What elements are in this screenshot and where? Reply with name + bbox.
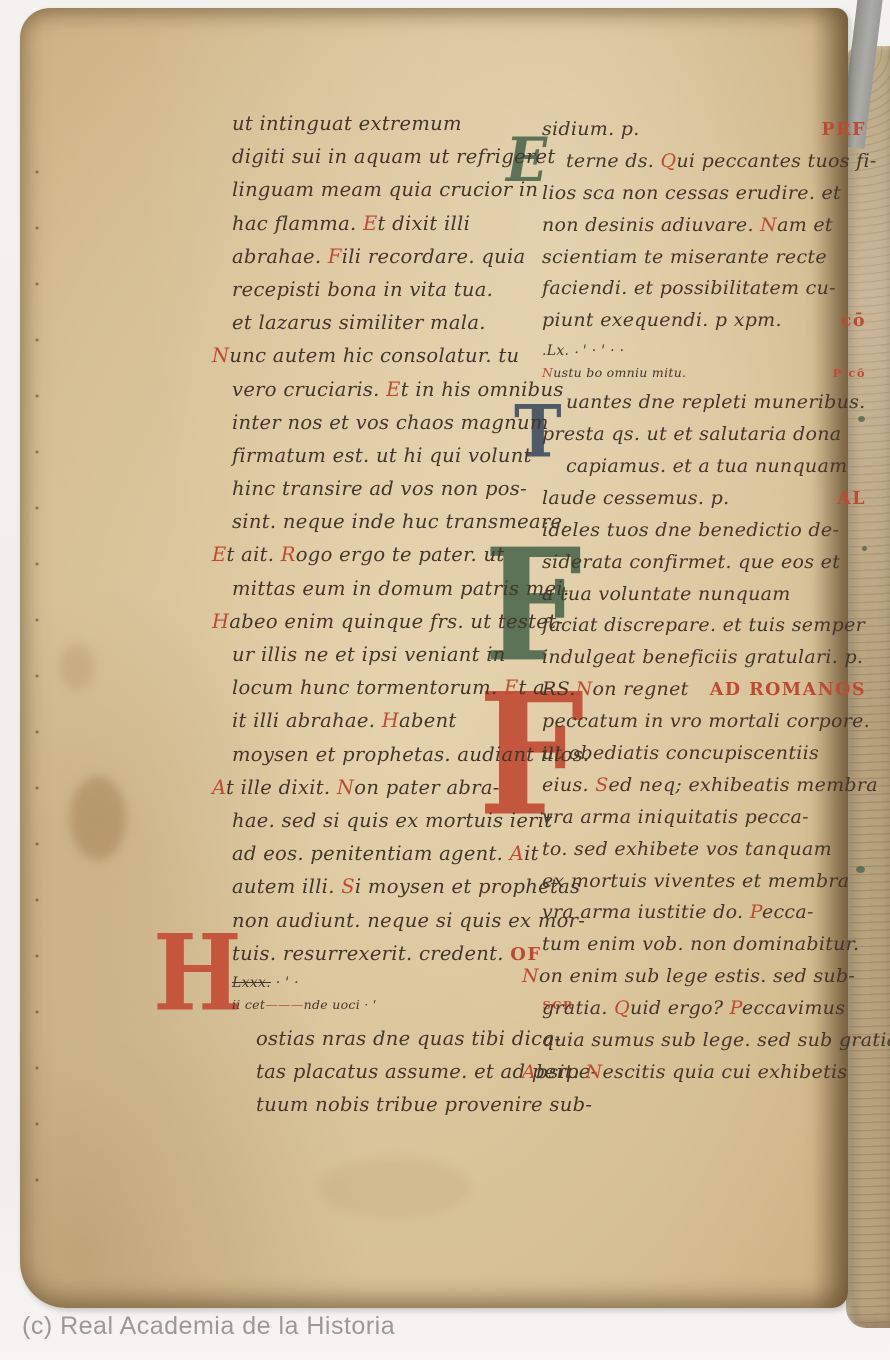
- text-line: abrahae. Fili recordare. quia: [232, 245, 574, 278]
- body-text: moysen et prophetas. audiant illos.: [232, 743, 589, 766]
- text-line: vra arma iustitie do. Pecca-: [542, 901, 866, 933]
- body-text: ex mortuis viventes et membra: [542, 870, 849, 892]
- text-line: moysen et prophetas. audiant illos.: [232, 743, 574, 776]
- rubric-text: A: [212, 776, 226, 799]
- text-line: faciat discrepare. et tuis semper: [542, 614, 866, 646]
- text-line: presta qs. ut et salutaria dona: [542, 423, 866, 455]
- rubric-text: A: [503, 842, 524, 865]
- body-text: lios sca non cessas erudire. et: [542, 182, 841, 204]
- body-text: tuis. resurrexerit. credent.: [232, 942, 510, 965]
- text-line: sidium. p.PRF: [542, 118, 866, 150]
- text-line: ii cet ——— nde uoci · ꞌSCR: [232, 997, 574, 1027]
- body-text: unc autem hic consolatur. tu: [229, 344, 519, 367]
- body-text: linguam meam quia crucior in: [232, 178, 538, 201]
- rubric-text: AD ROMANOS: [710, 680, 866, 700]
- text-line: lios sca non cessas erudire. et: [542, 182, 866, 214]
- body-text: on pater abra-: [354, 776, 499, 799]
- body-text: ii cet: [232, 997, 265, 1012]
- text-line: terne ds. Qui peccantes tuos fi-: [542, 150, 866, 182]
- rubric-text: E: [212, 543, 227, 566]
- body-text: laude cessemus. p.: [542, 487, 729, 509]
- rubric-text: AL: [837, 489, 866, 509]
- pricking-holes: [34, 168, 42, 1228]
- text-line: gratia. Quid ergo? Peccavimus: [542, 997, 866, 1029]
- rubric-text: N: [542, 365, 553, 380]
- rubric-text: Q: [654, 150, 676, 172]
- body-text: ideles tuos dne benedictio de-: [542, 519, 839, 541]
- body-text: sint. neque inde huc transmeare.: [232, 510, 569, 533]
- body-text: nde uoci · ꞌ: [304, 997, 377, 1012]
- body-text: a tua voluntate nunquam: [542, 583, 791, 605]
- body-text: uantes dne repleti muneribus.: [566, 391, 866, 413]
- rubric-text: S: [589, 774, 609, 796]
- text-line: capiamus. et a tua nunquam: [542, 455, 866, 487]
- text-line: ut obediatis concupiscentiis: [542, 742, 866, 774]
- text-line: ex mortuis viventes et membra: [542, 870, 866, 902]
- body-text: Lxxx.: [232, 975, 271, 991]
- body-text: et lazarus similiter mala.: [232, 311, 486, 334]
- body-text: to. sed exhibete vos tanquam: [542, 838, 832, 860]
- rubric-text: E: [357, 212, 378, 235]
- body-text: ostias nras dne quas tibi dica-: [256, 1027, 561, 1050]
- rubric-text: H: [375, 709, 399, 732]
- rubric-text: N: [754, 214, 777, 236]
- body-text: eccavimus: [742, 997, 845, 1019]
- rubric-text: A: [522, 1061, 536, 1083]
- body-text: it illi abrahae.: [232, 709, 375, 732]
- rubric-text: H: [212, 610, 229, 633]
- body-text: .Lx. ⸳ ꞌ · ꞌ · ·: [542, 343, 624, 359]
- body-text: ut obediatis concupiscentiis: [542, 742, 819, 764]
- body-text: ustu bo omniu mitu.: [553, 365, 686, 380]
- text-line: At ille dixit. Non pater abra-: [232, 776, 574, 809]
- text-line: tum enim vob. non dominabitur.: [542, 933, 866, 965]
- text-line: scientiam te miserante recte: [542, 246, 866, 278]
- text-line: to. sed exhibete vos tanquam: [542, 838, 866, 870]
- text-line: indulgeat beneficiis gratulari. p.: [542, 646, 866, 678]
- text-line: Et ait. Rogo ergo te pater. ut: [232, 543, 574, 576]
- body-text: vra arma iniquitatis pecca-: [542, 806, 809, 828]
- text-line: piunt exequendi. p xpm.cō: [542, 309, 866, 341]
- text-column-right: sidium. p.PRFterne ds. Qui peccantes tuo…: [542, 118, 866, 1093]
- body-text: autem illi.: [232, 875, 335, 898]
- text-line: ostias nras dne quas tibi dica-: [232, 1027, 574, 1060]
- body-text: t ille dixit.: [226, 776, 330, 799]
- body-text: siderata confirmet. que eos et: [542, 551, 840, 573]
- rubric-text: R: [274, 543, 295, 566]
- body-text: RS.: [542, 678, 576, 700]
- rubric-text: P cō: [833, 366, 866, 380]
- text-line: sint. neque inde huc transmeare.: [232, 510, 574, 543]
- text-line: digiti sui in aquam ut refrigeret: [232, 145, 574, 178]
- body-text: non desinis adiuvare.: [542, 214, 754, 236]
- text-line: et lazarus similiter mala.: [232, 311, 574, 344]
- body-text: faciendi. et possibilitatem cu-: [542, 277, 836, 299]
- body-text: hae. sed si quis ex mortuis ierit: [232, 809, 552, 832]
- text-line: recepisti bona in vita tua.: [232, 278, 574, 311]
- parchment-stain: [320, 1158, 470, 1218]
- rubric-text: F: [321, 245, 341, 268]
- text-line: laude cessemus. p.AL: [542, 487, 866, 519]
- body-text: · ꞌ ·: [271, 975, 299, 991]
- body-text: digiti sui in aquam ut refrigeret: [232, 145, 556, 168]
- body-text: faciat discrepare. et tuis semper: [542, 614, 865, 636]
- text-line: a tua voluntate nunquam: [542, 583, 866, 615]
- body-text: ili recordare. quia: [342, 245, 526, 268]
- text-line: mittas eum in domum patris mei.: [232, 577, 574, 610]
- text-line: non audiunt. neque si quis ex mor-: [232, 909, 574, 942]
- body-text: tum enim vob. non dominabitur.: [542, 933, 859, 955]
- text-line: N ustu bo omniu mitu.P cō: [542, 365, 866, 391]
- body-text: ut intinguat extremum: [232, 112, 462, 135]
- rubric-text: N: [330, 776, 354, 799]
- parchment-stain: [60, 644, 94, 690]
- body-text: indulgeat beneficiis gratulari. p.: [542, 646, 863, 668]
- rubric-text: S: [335, 875, 355, 898]
- rubric-text: N: [576, 678, 593, 700]
- rubric-text: P: [743, 901, 762, 923]
- body-text: vero cruciaris.: [232, 378, 380, 401]
- parchment-stain: [70, 776, 126, 860]
- text-line: .Lx. ⸳ ꞌ · ꞌ · ·: [542, 341, 866, 365]
- rubric-text: OF: [510, 944, 541, 965]
- text-line: firmatum est. ut hi qui volunt: [232, 444, 574, 477]
- parchment-page: E T F F H ut intinguat extremumdigiti su…: [20, 8, 848, 1308]
- body-text: ogo ergo te pater. ut: [296, 543, 505, 566]
- text-line: tuum nobis tribue provenire sub-: [232, 1093, 574, 1126]
- text-line: vero cruciaris. Et in his omnibus: [232, 378, 574, 411]
- rubric-text: PRF: [821, 120, 866, 140]
- body-text: t in his omnibus: [401, 378, 564, 401]
- body-text: am et: [777, 214, 833, 236]
- body-text: gratia.: [542, 997, 608, 1019]
- text-line: peccatum in vro mortali corpore.: [542, 710, 866, 742]
- text-line: ideles tuos dne benedictio de-: [542, 519, 866, 551]
- rubric-text: N: [212, 344, 229, 367]
- body-text: peccatum in vro mortali corpore.: [542, 710, 870, 732]
- body-text: it: [524, 842, 539, 865]
- body-text: hac flamma.: [232, 212, 357, 235]
- text-line: uantes dne repleti muneribus.: [542, 391, 866, 423]
- rubric-text: Q: [608, 997, 630, 1019]
- body-text: piunt exequendi. p xpm.: [542, 309, 782, 331]
- rubric-text: P: [723, 997, 742, 1019]
- body-text: mittas eum in domum patris mei.: [232, 577, 569, 600]
- text-line: faciendi. et possibilitatem cu-: [542, 277, 866, 309]
- text-line: non desinis adiuvare. Nam et: [542, 214, 866, 246]
- body-text: inter nos et vos chaos magnum: [232, 411, 549, 434]
- body-text: ad eos. penitentiam agent.: [232, 842, 503, 865]
- text-line: hae. sed si quis ex mortuis ierit: [232, 809, 574, 842]
- text-line: it illi abrahae. Habent: [232, 709, 574, 742]
- body-text: abent: [399, 709, 457, 732]
- body-text: firmatum est. ut hi qui volunt: [232, 444, 532, 467]
- text-line: RS. Non regnetAD ROMANOS: [542, 678, 866, 710]
- rubric-text: N: [522, 965, 539, 987]
- text-line: linguam meam quia crucior in: [232, 178, 574, 211]
- body-text: capiamus. et a tua nunquam: [566, 455, 847, 477]
- text-line: ut intinguat extremum: [232, 112, 574, 145]
- text-line: Nunc autem hic consolatur. tu: [232, 344, 574, 377]
- body-text: abrahae.: [232, 245, 321, 268]
- body-text: locum hunc tormentorum.: [232, 676, 497, 699]
- body-text: hinc transire ad vos non pos-: [232, 477, 527, 500]
- text-line: inter nos et vos chaos magnum: [232, 411, 574, 444]
- body-text: escitis quia cui exhibetis: [602, 1061, 847, 1083]
- text-line: Non enim sub lege estis. sed sub-: [542, 965, 866, 997]
- rubric-text: cō: [841, 311, 866, 331]
- body-text: vra arma iustitie do.: [542, 901, 743, 923]
- body-text: abeo enim quinque frs. ut testet-: [229, 610, 563, 633]
- body-text: quia sumus sub lege. sed sub gratia?: [542, 1029, 890, 1051]
- text-line: locum hunc tormentorum. Et a-: [232, 676, 574, 709]
- text-line: vra arma iniquitatis pecca-: [542, 806, 866, 838]
- body-text: bsit.: [536, 1061, 579, 1083]
- body-text: recepisti bona in vita tua.: [232, 278, 493, 301]
- body-text: sidium. p.: [542, 118, 640, 140]
- rubric-text: ———: [265, 997, 303, 1012]
- body-text: ur illis ne et ipsi veniant in: [232, 643, 506, 666]
- body-text: t dixit illi: [378, 212, 471, 235]
- body-text: tuum nobis tribue provenire sub-: [256, 1093, 592, 1116]
- drop-cap-secret-initial: H: [153, 932, 242, 1016]
- rubric-text: N: [579, 1061, 602, 1083]
- text-line: autem illi. Si moysen et prophetas: [232, 875, 574, 908]
- text-line: eius. Sed neq; exhibeatis membra: [542, 774, 866, 806]
- body-text: eius.: [542, 774, 589, 796]
- text-line: ad eos. penitentiam agent. Ait: [232, 842, 574, 875]
- body-text: on enim sub lege estis. sed sub-: [539, 965, 855, 987]
- text-line: hac flamma. Et dixit illi: [232, 212, 574, 245]
- body-text: scientiam te miserante recte: [542, 246, 827, 268]
- body-text: ecca-: [762, 901, 814, 923]
- body-text: non audiunt. neque si quis ex mor-: [232, 909, 585, 932]
- body-text: ed neq; exhibeatis membra: [609, 774, 878, 796]
- text-line: hinc transire ad vos non pos-: [232, 477, 574, 510]
- text-line: Absit. Nescitis quia cui exhibetis: [542, 1061, 866, 1093]
- copyright-watermark: (c) Real Academia de la Historia: [22, 1312, 395, 1341]
- text-line: ur illis ne et ipsi veniant in: [232, 643, 574, 676]
- body-text: on regnet: [593, 678, 689, 700]
- text-line: siderata confirmet. que eos et: [542, 551, 866, 583]
- body-text: ui peccantes tuos fi-: [676, 150, 876, 172]
- body-text: terne ds.: [566, 150, 654, 172]
- manuscript-scan: E T F F H ut intinguat extremumdigiti su…: [0, 0, 890, 1360]
- rubric-text: E: [380, 378, 401, 401]
- text-line: quia sumus sub lege. sed sub gratia?: [542, 1029, 866, 1061]
- rubric-text: E: [497, 676, 518, 699]
- body-text: t ait.: [227, 543, 275, 566]
- text-line: Habeo enim quinque frs. ut testet-: [232, 610, 574, 643]
- body-text: uid ergo?: [630, 997, 723, 1019]
- body-text: presta qs. ut et salutaria dona: [542, 423, 841, 445]
